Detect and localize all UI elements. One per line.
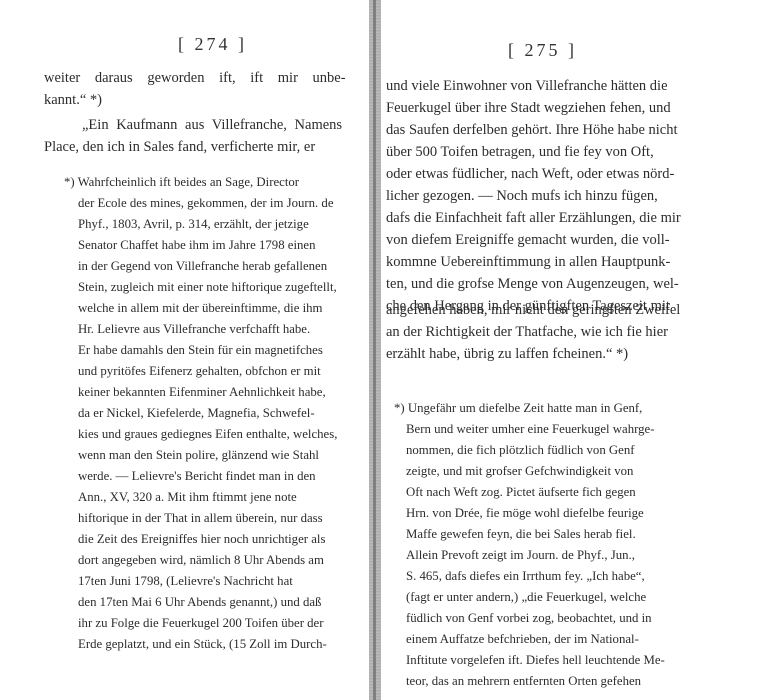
footnote-line: Er habe damahls den Stein für ein magnet… [78,340,323,360]
body-line: dafs die Einfachheit faft aller Erzählun… [386,208,681,228]
body-line: über 500 Toifen betragen, und fie fey vo… [386,142,654,162]
body-line: oder etwas füdlicher, nach Weft, oder et… [386,164,674,184]
footnote-line: der Ecole des mines, gekommen, der im Jo… [78,193,334,213]
footnote-line: ihr zu Folge die Feuerkugel 200 Toifen ü… [78,613,324,633]
body-line: „Ein Kaufmann aus Villefranche, Namens [82,115,342,135]
footnote-line: *) Wahrfcheinlich ift beides an Sage, Di… [64,172,299,192]
page-number: [ 274 ] [178,34,247,55]
footnote-line: Maffe gewefen feyn, die bei Sales herab … [406,524,636,544]
footnote-line: (fagt er unter andern,) „die Feuerkugel,… [406,587,646,607]
footnote-line: teor, das an mehrern entfernten Orten ge… [406,671,641,691]
footnote-line: hiftorique in der That in allem überein,… [78,508,323,528]
left-page: [ 274 ] weiter daraus geworden ift, ift … [0,0,372,700]
footnote-line: 17ten Juni 1798, (Lelievre's Nachricht h… [78,571,293,591]
footnote-line: Senator Chaffet habe ihm im Jahre 1798 e… [78,235,316,255]
footnote-line: *) Ungefähr um diefelbe Zeit hatte man i… [394,398,642,418]
page-number: [ 275 ] [508,40,577,61]
body-line: ten, und die grofse Menge von Augenzeuge… [386,274,679,294]
footnote-line: einem Auffatze befchrieben, der im Natio… [406,629,639,649]
body-line: angefehen haben, mir nicht den geringfte… [386,300,680,320]
footnote-line: den 17ten Mai 6 Uhr Abends genannt,) und… [78,592,321,612]
body-line: kannt.“ *) [44,90,102,110]
body-line: erzählt habe, übrig zu laffen fcheinen.“… [386,344,628,364]
footnote-line: Phyf., 1803, Avril, p. 314, erzählt, der… [78,214,309,234]
body-line: das Saufen derfelben gehört. Ihre Höhe h… [386,120,678,140]
body-line: von diefem Ereigniffe gemacht wurden, di… [386,230,670,250]
footnote-line: Bern und weiter umher eine Feuerkugel wa… [406,419,655,439]
footnote-line: füdlich von Genf vorbei zog, beobachtet,… [406,608,652,628]
footnote-line: Inftitute vorgelefen ift. Diefes hell le… [406,650,665,670]
footnote-line: S. 465, dafs diefes ein Irrthum fey. „Ic… [406,566,645,586]
body-line: Feuerkugel über ihre Stadt wegziehen feh… [386,98,671,118]
footnote-line: dort angegeben wird, nämlich 8 Uhr Abend… [78,550,324,570]
footnote-line: Erde geplatzt, und ein Stück, (15 Zoll i… [78,634,327,654]
footnote-line: Ann., XV, 320 a. Mit ihm ftimmt jene not… [78,487,297,507]
body-line: Place, den ich in Sales fand, verfichert… [44,137,315,157]
footnote-line: die Zeit des Ereigniffes hier noch unric… [78,529,325,549]
body-line: kommne Uebereinftimmung in allen Hauptpu… [386,252,670,272]
footnote-line: da er Nickel, Kiefelerde, Magnefia, Schw… [78,403,315,423]
body-line: an der Richtigkeit der Thatfache, wie ic… [386,322,668,342]
right-page: [ 275 ] und viele Einwohner von Villefra… [380,0,765,700]
footnote-line: werde. — Lelievre's Bericht findet man i… [78,466,316,486]
footnote-line: in der Gegend von Villefranche herab gef… [78,256,327,276]
footnote-line: Hrn. von Drée, fie möge wohl diefelbe fe… [406,503,644,523]
footnote-line: kies und graues gediegnes Eifen enthalte… [78,424,337,444]
footnote-line: Stein, zugleich mit einer note hiftoriqu… [78,277,337,297]
body-line: und viele Einwohner von Villefranche hät… [386,76,668,96]
footnote-line: Allein Prevoft zeigt im Journ. de Phyf.,… [406,545,635,565]
footnote-line: und pyritöfes Eifenerz gehalten, obfchon… [78,361,321,381]
footnote-line: Hr. Lelievre aus Villefranche verfchafft… [78,319,310,339]
footnote-line: nommen, die fich plötzlich füdlich von G… [406,440,635,460]
body-line: licher gezogen. — Noch mufs ich hinzu fü… [386,186,658,206]
footnote-line: zeigte, und mit grofser Gefchwindigkeit … [406,461,633,481]
footnote-line: wenn man den Stein polire, glänzend wie … [78,445,319,465]
footnote-line: Oft nach Weft zog. Pictet äufserte fich … [406,482,636,502]
body-line: weiter daraus geworden ift, ift mir unbe… [44,68,346,88]
footnote-line: welche in allem mit der übereinftimme, d… [78,298,322,318]
footnote-line: keiner bekannten Eifenminer Aehnlichkeit… [78,382,326,402]
